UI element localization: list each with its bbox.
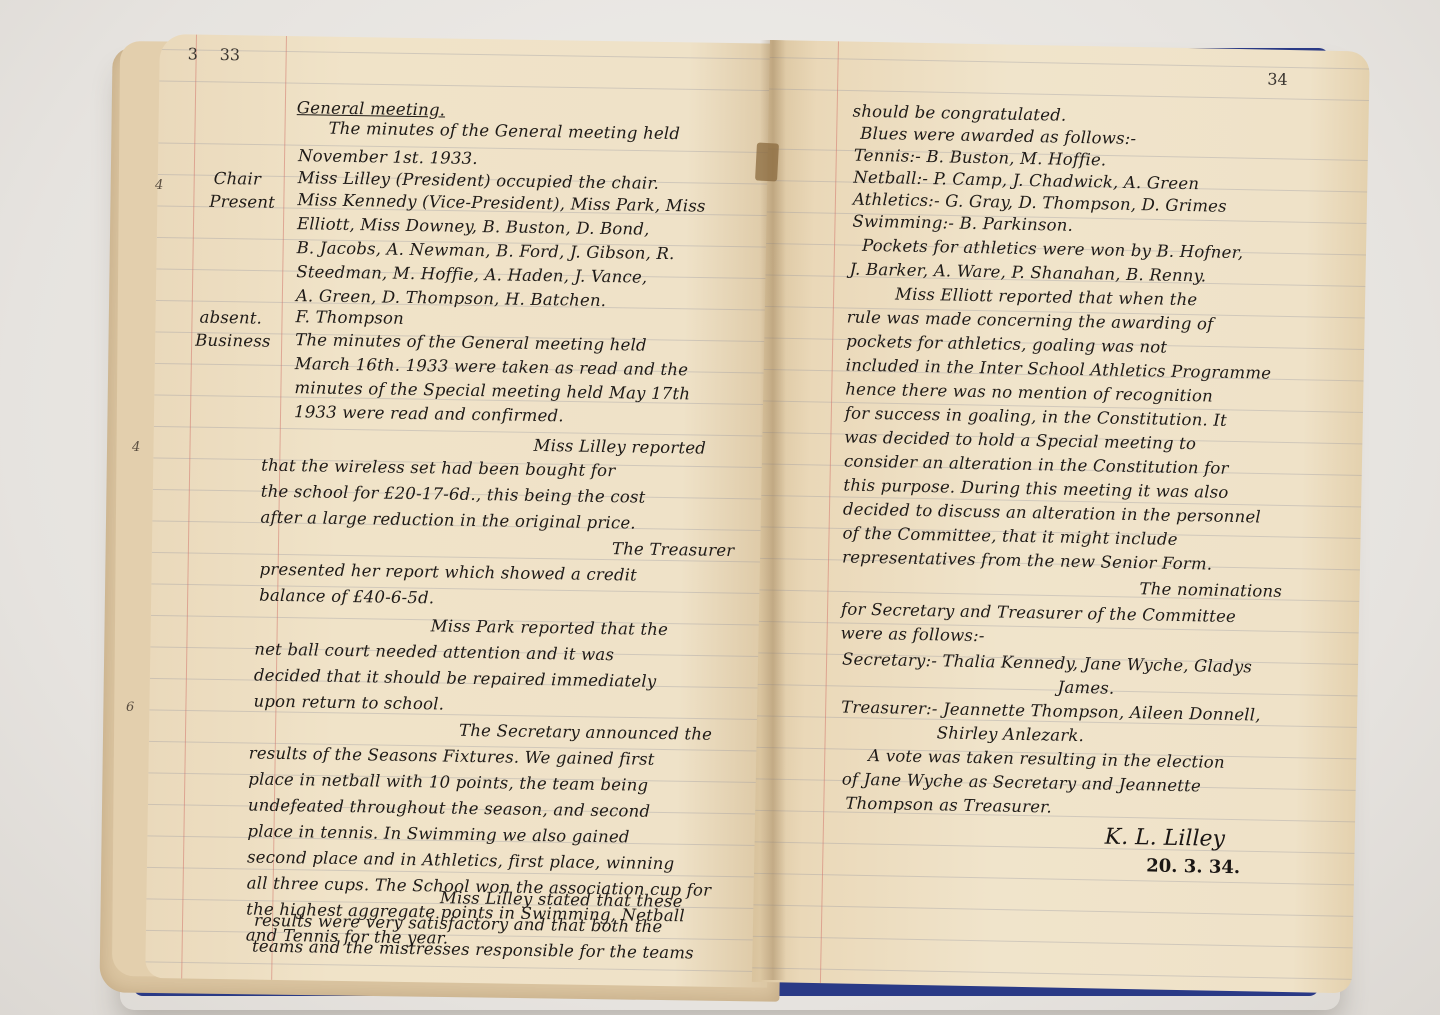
right-page: 34 should be congratulated. Blues were a… [752,40,1370,993]
text-line: James. [1057,678,1114,698]
text-line: November 1st. 1933. [298,146,478,168]
photo-scene: 3 33 General meeting. The minutes of the… [0,0,1440,1015]
margin-label-absent: absent. [199,308,262,328]
edge-mark: 4 [132,440,140,455]
margin-label-business: Business [195,331,271,351]
meeting-heading: General meeting. [297,98,446,119]
text-line: The nominations [1139,579,1282,601]
edge-mark: 4 [155,178,163,193]
text-line: Miss Park reported that the [431,616,669,639]
left-page: 3 33 General meeting. The minutes of the… [145,34,782,988]
text-line: The Treasurer [612,539,735,560]
text-line: Miss Lilley reported [533,436,706,458]
tape-stain [755,142,779,181]
page-number: 34 [1267,70,1288,89]
text-line: were as follows:- [840,623,984,645]
margin-label-chair: Chair [214,169,262,189]
margin-label-present: Present [209,192,275,212]
page-number: 33 [220,45,241,64]
text-line: Thompson as Treasurer. [845,794,1052,817]
text-line: upon return to school. [253,692,444,714]
page-number-small: 3 [188,44,198,63]
text-line: Miss Lilley stated that these [440,888,683,911]
signature-date: 20. 3. 34. [1146,855,1240,878]
edge-mark: 6 [126,700,134,715]
text-line: balance of £40-6-5d. [259,586,434,608]
text-line: Shirley Anlezark. [937,723,1085,745]
text-line: The Secretary announced the [459,721,712,744]
text-line: F. Thompson [295,307,404,328]
signature: K. L. Lilley [1105,825,1226,852]
